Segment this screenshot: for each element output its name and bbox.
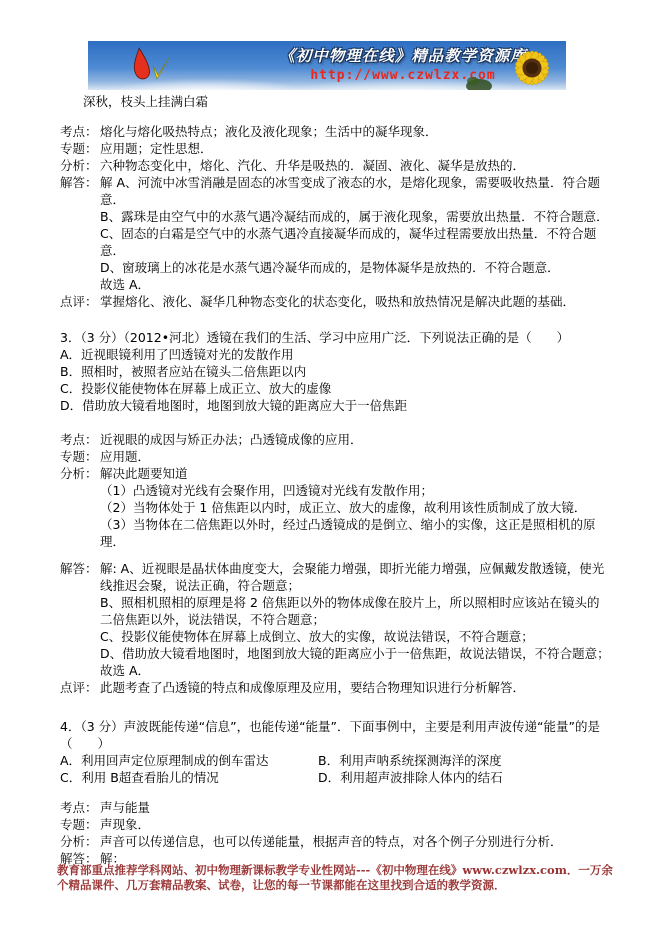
section-kaodian: 考点： 近视眼的成因与矫正办法；凸透镜成像的应用．	[60, 431, 610, 448]
section-line: 声音可以传递信息，也可以传递能量，根据声音的特点，对各个例子分别进行分析．	[100, 833, 610, 850]
section-line: 应用题．	[100, 448, 610, 465]
section-line: C、固态的白霜是空气中的水蒸气遇冷直接凝华而成的，凝华过程需要放出热量．不符合题…	[100, 225, 610, 259]
q3-option-c: C．投影仪能使物体在屏幕上成正立、放大的虚像	[60, 380, 610, 397]
section-line: C、投影仪能使物体在屏幕上成倒立、放大的实像，故说法错误，不符合题意；	[100, 628, 610, 645]
section-line: （3）当物体在二倍焦距以外时，经过凸透镜成的是倒立、缩小的实像，这正是照相机的原…	[100, 516, 610, 550]
section-line: 六种物态变化中，熔化、汽化、升华是吸热的．凝固、液化、凝华是放热的．	[100, 157, 610, 174]
section-line: D、借助放大镜看地图时，地图到放大镜的距离应小于一倍焦距，故说法错误，不符合题意…	[100, 645, 610, 662]
footer-text: 教育部重点推荐学科网站、初中物理新课标教学专业性网站---《初中物理在线》www…	[57, 863, 620, 893]
section-line: 声与能量	[100, 799, 610, 816]
leaf-silhouette-icon	[464, 72, 494, 90]
section-zhuanti: 专题： 应用题．	[60, 448, 610, 465]
section-fenxi: 分析： 解决此题要知道 （1）凸透镜对光线有会聚作用，凹透镜对光线有发散作用； …	[60, 465, 610, 550]
logo-flame-icon	[126, 46, 178, 88]
section-line: B、照相机照相的原理是将 2 倍焦距以外的物体成像在胶片上，所以照相时应该站在镜…	[100, 594, 610, 628]
q3-option-b: B．照相时，被照者应站在镜头二倍焦距以内	[60, 363, 610, 380]
section-fenxi: 分析： 六种物态变化中，熔化、汽化、升华是吸热的．凝固、液化、凝华是放热的．	[60, 157, 610, 174]
section-zhuanti: 专题： 声现象．	[60, 816, 610, 833]
section-dianping: 点评： 掌握熔化、液化、凝华几种物态变化的状态变化，吸热和放热情况是解决此题的基…	[60, 293, 610, 310]
section-label: 专题：	[60, 140, 100, 157]
section-zhuanti: 专题： 应用题；定性思想．	[60, 140, 610, 157]
q3-stem: 3．（3 分）（2012•河北）透镜在我们的生活、学习中应用广泛．下列说法正确的…	[60, 329, 610, 346]
section-line: 熔化与熔化吸热特点；液化及液化现象；生活中的凝华现象．	[100, 123, 610, 140]
q4-option-b: B．利用声呐系统探测海洋的深度	[318, 752, 610, 769]
section-kaodian: 考点： 声与能量	[60, 799, 610, 816]
section-label: 考点：	[60, 123, 100, 140]
section-label: 考点：	[60, 799, 100, 816]
section-line: （1）凸透镜对光线有会聚作用，凹透镜对光线有发散作用；	[100, 482, 610, 499]
section-label: 专题：	[60, 816, 100, 833]
q4-option-c: C．利用 B超查看胎儿的情况	[60, 769, 318, 786]
section-label: 专题：	[60, 448, 100, 465]
section-label: 解答：	[60, 560, 100, 577]
q3-option-d: D．借助放大镜看地图时，地图到放大镜的距离应大于一倍焦距	[60, 397, 610, 414]
section-label: 点评：	[60, 293, 100, 310]
section-dianping: 点评： 此题考查了凸透镜的特点和成像原理及应用，要结合物理知识进行分析解答．	[60, 679, 610, 696]
section-fenxi: 分析： 声音可以传递信息，也可以传递能量，根据声音的特点，对各个例子分别进行分析…	[60, 833, 610, 850]
section-line: 解 A、河流中冰雪消融是固态的冰雪变成了液态的水，是熔化现象，需要吸收热量．符合…	[100, 174, 610, 208]
q4-option-a: A．利用回声定位原理制成的倒车雷达	[60, 752, 318, 769]
section-line: （2）当物体处于 1 倍焦距以内时，成正立、放大的虚像，故利用该性质制成了放大镜…	[100, 499, 610, 516]
section-jieda: 解答： 解: A、近视眼是晶状体曲度变大，会聚能力增强，即折光能力增强，应佩戴发…	[60, 560, 610, 679]
section-label: 点评：	[60, 679, 100, 696]
section-line: 此题考查了凸透镜的特点和成像原理及应用，要结合物理知识进行分析解答．	[100, 679, 610, 696]
section-kaodian: 考点： 熔化与熔化吸热特点；液化及液化现象；生活中的凝华现象．	[60, 123, 610, 140]
section-line: 故选 A．	[100, 662, 610, 679]
section-line: 解: A、近视眼是晶状体曲度变大，会聚能力增强，即折光能力增强，应佩戴发散透镜，…	[100, 560, 610, 594]
document-content: 深秋，枝头上挂满白霜 考点： 熔化与熔化吸热特点；液化及液化现象；生活中的凝华现…	[60, 93, 610, 867]
section-line: 故选 A．	[100, 276, 610, 293]
q4-option-row: C．利用 B超查看胎儿的情况 D．利用超声波排除人体内的结石	[60, 769, 610, 786]
section-jieda: 解答： 解 A、河流中冰雪消融是固态的冰雪变成了液态的水，是熔化现象，需要吸收热…	[60, 174, 610, 293]
document-page: 《初中物理在线》精品教学资源库 http://www.czwlzx.com	[0, 0, 661, 936]
section-line: 声现象．	[100, 816, 610, 833]
section-label: 分析：	[60, 157, 100, 174]
site-banner: 《初中物理在线》精品教学资源库 http://www.czwlzx.com	[88, 41, 566, 90]
section-label: 解答：	[60, 174, 100, 191]
q4-stem: 4．（3 分）声波既能传递“信息”，也能传递“能量”．下面事例中，主要是利用声波…	[60, 718, 610, 752]
section-label: 考点：	[60, 431, 100, 448]
section-line: 掌握熔化、液化、凝华几种物态变化的状态变化，吸热和放热情况是解决此题的基础．	[100, 293, 610, 310]
section-line: 解决此题要知道	[100, 465, 610, 482]
section-label: 分析：	[60, 833, 100, 850]
section-label: 分析：	[60, 465, 100, 482]
q3-option-a: A．近视眼镜利用了凹透镜对光的发散作用	[60, 346, 610, 363]
section-line: B、露珠是由空气中的水蒸气遇冷凝结而成的，属于液化现象，需要放出热量．不符合题意…	[100, 208, 610, 225]
q4-option-row: A．利用回声定位原理制成的倒车雷达 B．利用声呐系统探测海洋的深度	[60, 752, 610, 769]
q4-option-d: D．利用超声波排除人体内的结石	[318, 769, 610, 786]
intro-line: 深秋，枝头上挂满白霜	[60, 93, 610, 110]
section-line: 近视眼的成因与矫正办法；凸透镜成像的应用．	[100, 431, 610, 448]
sunflower-icon	[496, 41, 562, 90]
section-line: D、窗玻璃上的冰花是水蒸气遇冷凝华而成的，是物体凝华是放热的．不符合题意．	[100, 259, 610, 276]
section-line: 应用题；定性思想．	[100, 140, 610, 157]
